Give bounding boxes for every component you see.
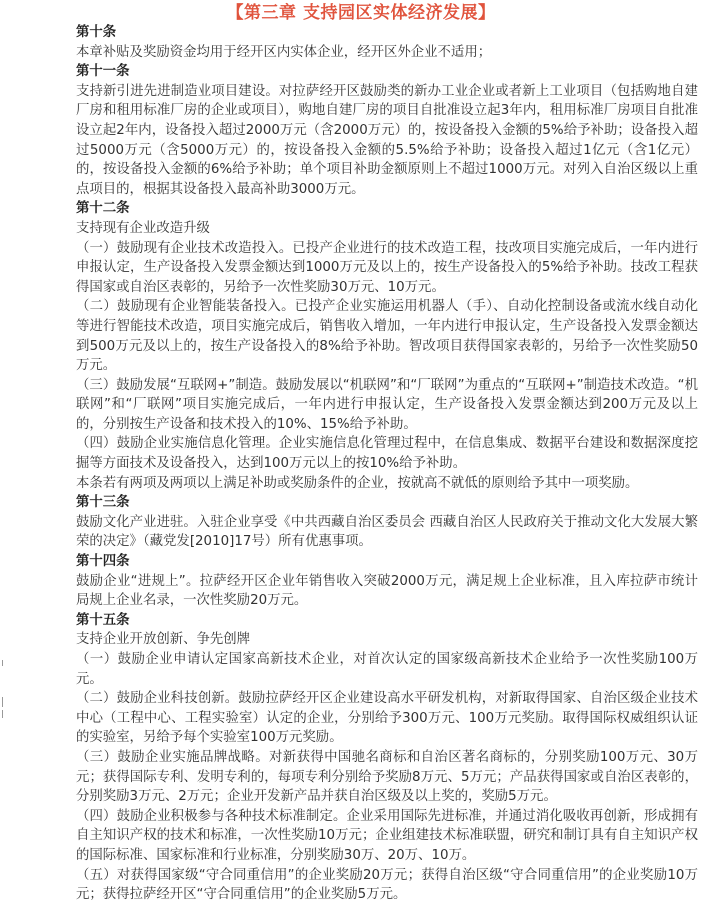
article-14-paragraph: 鼓励企业“进规上”。拉萨经开区企业年销售收入突破2000万元，满足规上企业标准，…: [76, 572, 698, 611]
article-heading-14: 第十四条: [76, 552, 698, 572]
article-heading-15: 第十五条: [76, 611, 698, 631]
article-heading-10: 第十条: [76, 23, 698, 43]
article-11-paragraph: 支持新引进先进制造业项目建设。对拉萨经开区鼓励类的新办工业企业或者新上工业项目（…: [76, 82, 698, 200]
article-15-item-1: （一）鼓励企业申请认定国家高新技术企业，对首次认定的国家级高新技术企业给予一次性…: [76, 650, 698, 689]
article-12-item-1: （一）鼓励现有企业技术改造投入。已投产企业进行的技术改造工程，技改项目实施完成后…: [76, 239, 698, 298]
edge-artifact: [2, 697, 3, 707]
edge-artifact: [2, 660, 3, 666]
article-13-paragraph: 鼓励文化产业进驻。入驻企业享受《中共西藏自治区委员会 西藏自治区人民政府关于推动…: [76, 513, 698, 552]
article-12-item-2: （二）鼓励现有企业智能装备投入。已投产企业实施运用机器人（手）、自动化控制设备或…: [76, 297, 698, 375]
article-12-item-3: （三）鼓励发展“互联网+”制造。鼓励发展以“机联网”和“厂联网”为重点的“互联网…: [76, 376, 698, 435]
document-body: 第十条 本章补贴及奖励资金均用于经开区内实体企业，经开区外企业不适用； 第十一条…: [76, 23, 698, 905]
article-heading-12: 第十二条: [76, 199, 698, 219]
article-12-intro: 支持现有企业改造升级: [76, 219, 698, 239]
article-15-item-5: （五）对获得国家级“守合同重信用”的企业奖励20万元；获得自治区级“守合同重信用…: [76, 866, 698, 905]
edge-artifact: [2, 710, 3, 718]
article-heading-13: 第十三条: [76, 493, 698, 513]
article-15-item-2: （二）鼓励企业科技创新。鼓励拉萨经开区企业建设高水平研发机构，对新取得国家、自治…: [76, 689, 698, 748]
chapter-title: 【第三章 支持园区实体经济发展】: [0, 2, 722, 24]
article-12-note: 本条若有两项及两项以上满足补助或奖励条件的企业，按就高不就低的原则给予其中一项奖…: [76, 474, 698, 494]
article-10-paragraph: 本章补贴及奖励资金均用于经开区内实体企业，经开区外企业不适用；: [76, 43, 698, 63]
article-heading-11: 第十一条: [76, 62, 698, 82]
article-15-intro: 支持企业开放创新、争先创牌: [76, 630, 698, 650]
article-15-item-3: （三）鼓励企业实施品牌战略。对新获得中国驰名商标和自治区著名商标的，分别奖励10…: [76, 748, 698, 807]
article-12-item-4: （四）鼓励企业实施信息化管理。企业实施信息化管理过程中，在信息集成、数据平台建设…: [76, 434, 698, 473]
article-15-item-4: （四）鼓励企业积极参与各种技术标准制定。企业采用国际先进标准，并通过消化吸收再创…: [76, 807, 698, 866]
